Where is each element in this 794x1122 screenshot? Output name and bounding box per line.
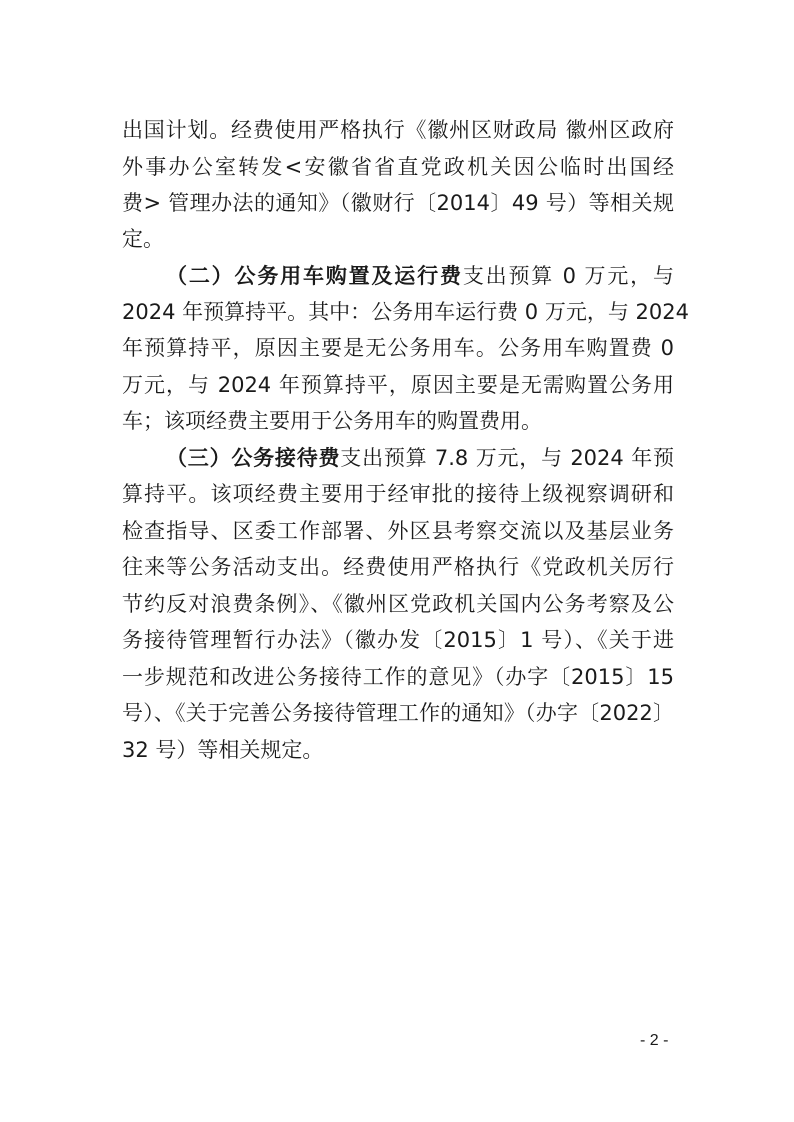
paragraph-3-line-1-text: 支出预算 7.8 万元，与 2024 年预 xyxy=(340,446,674,470)
paragraph-3-line-9: 32 号）等相关规定。 xyxy=(122,735,674,765)
paragraph-3-line-7: 一步规范和改进公务接待工作的意见》（办字〔2015〕15 xyxy=(122,662,674,692)
paragraph-3-line-6: 务接待管理暂行办法》（徽办发〔2015〕1 号）、《关于进 xyxy=(122,625,674,655)
section-heading-vehicle: （二）公务用车购置及运行费 xyxy=(166,264,463,288)
paragraph-1-line-3: 费> 管理办法的通知》（徽财行〔2014〕49 号）等相关规 xyxy=(122,188,674,218)
paragraph-1-line-2: 外事办公室转发<安徽省省直党政机关因公临时出国经 xyxy=(122,152,674,182)
paragraph-2-line-1-text: 支出预算 0 万元，与 xyxy=(463,264,674,288)
paragraph-3-line-1: （三）公务接待费支出预算 7.8 万元，与 2024 年预 xyxy=(166,443,674,473)
paragraph-2-line-5: 车；该项经费主要用于公务用车的购置费用。 xyxy=(122,406,674,436)
paragraph-3-line-5: 节约反对浪费条例》、《徽州区党政机关国内公务考察及公 xyxy=(122,589,674,619)
page-number: - 2 - xyxy=(640,1032,668,1050)
paragraph-3-line-2: 算持平。该项经费主要用于经审批的接待上级视察调研和 xyxy=(122,479,674,509)
paragraph-1-line-4: 定。 xyxy=(122,224,674,254)
paragraph-2-line-3: 年预算持平，原因主要是无公务用车。公务用车购置费 0 xyxy=(122,333,674,363)
section-heading-reception: （三）公务接待费 xyxy=(166,446,340,470)
paragraph-1-line-1: 出国计划。经费使用严格执行《徽州区财政局 徽州区政府 xyxy=(122,115,674,145)
paragraph-3-line-8: 号）、《关于完善公务接待管理工作的通知》（办字〔2022〕 xyxy=(122,698,674,728)
paragraph-3-line-3: 检查指导、区委工作部署、外区县考察交流以及基层业务 xyxy=(122,516,674,546)
paragraph-2-line-2: 2024 年预算持平。其中：公务用车运行费 0 万元，与 2024 xyxy=(122,297,674,327)
document-page: 出国计划。经费使用严格执行《徽州区财政局 徽州区政府 外事办公室转发<安徽省省直… xyxy=(0,0,794,1122)
paragraph-3-line-4: 往来等公务活动支出。经费使用严格执行《党政机关厉行 xyxy=(122,552,674,582)
paragraph-2-line-1: （二）公务用车购置及运行费支出预算 0 万元，与 xyxy=(166,261,674,291)
paragraph-2-line-4: 万元，与 2024 年预算持平，原因主要是无需购置公务用 xyxy=(122,370,674,400)
